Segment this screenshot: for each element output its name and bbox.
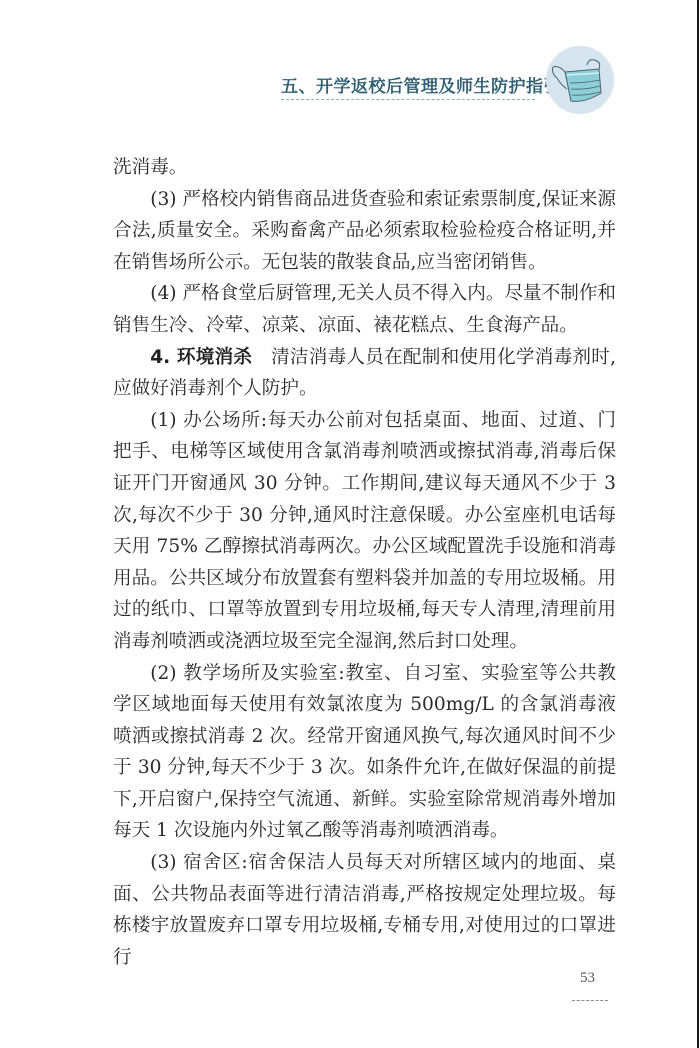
page-number: 53	[580, 970, 595, 987]
paragraph-item-4-kitchen: (4) 严格食堂后厨管理,无关人员不得入内。尽量不制作和销售生冷、冷荤、凉菜、凉…	[113, 278, 616, 341]
page-number-dashed-rule	[572, 1000, 608, 1001]
section-title: 五、开学返校后管理及师生防护指引	[281, 72, 561, 97]
paragraph-teaching-labs: (2) 教学场所及实验室:教室、自习室、实验室等公共教学区域地面每天使用有效氯浓…	[113, 658, 616, 848]
page-edge-border	[697, 0, 699, 1048]
header-dashed-rule	[281, 99, 535, 100]
paragraph-environment-disinfection: 4. 环境消杀 清洁消毒人员在配制和使用化学消毒剂时,应做好消毒剂个人防护。	[113, 342, 616, 405]
subheading-environment-disinfection: 4. 环境消杀	[150, 347, 252, 368]
paragraph-item-3-sales: (3) 严格校内销售商品进货查验和索证索票制度,保证来源合法,质量安全。采购畜禽…	[113, 184, 616, 279]
body-text: 洗消毒。 (3) 严格校内销售商品进货查验和索证索票制度,保证来源合法,质量安全…	[113, 152, 616, 973]
paragraph-dormitory: (3) 宿舍区:宿舍保洁人员每天对所辖区域内的地面、桌面、公共物品表面等进行清洁…	[113, 847, 616, 973]
paragraph-office-areas: (1) 办公场所:每天办公前对包括桌面、地面、过道、门把手、电梯等区域使用含氯消…	[113, 405, 616, 658]
face-mask-icon	[545, 45, 615, 115]
paragraph-continuation: 洗消毒。	[113, 152, 616, 184]
